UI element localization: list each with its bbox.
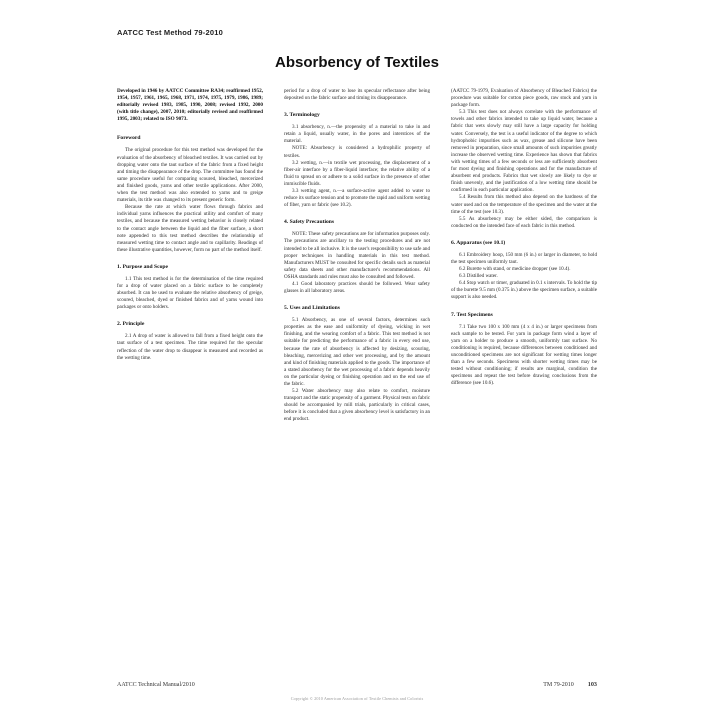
section-heading: 5. Uses and Limitations — [284, 305, 430, 312]
body-paragraph: NOTE: These safety precautions are for i… — [284, 231, 430, 281]
copyright-line: Copyright © 2010 American Association of… — [117, 696, 597, 701]
body-paragraph: 5.3 This test does not always correlate … — [451, 109, 597, 194]
section-heading: 2. Principle — [117, 321, 263, 328]
section-heading: 3. Terminology — [284, 112, 430, 119]
footer-page-number: 103 — [588, 681, 597, 688]
body-paragraph: period for a drop of water to lose its s… — [284, 88, 430, 102]
body-paragraph: 4.1 Good laboratory practices should be … — [284, 281, 430, 295]
body-paragraph: 5.1 Absorbency, as one of several factor… — [284, 317, 430, 388]
body-paragraph: 5.2 Water absorbency may also relate to … — [284, 388, 430, 423]
body-paragraph: (AATCC 79-1979, Evaluation of Absorbency… — [451, 88, 597, 109]
text-column-3: (AATCC 79-1979, Evaluation of Absorbency… — [451, 88, 597, 673]
body-paragraph: 5.4 Results from this method also depend… — [451, 194, 597, 215]
footer-manual-name: AATCC Technical Manual/2010 — [117, 682, 195, 688]
section-heading: 4. Safety Precautions — [284, 219, 430, 226]
body-paragraph: 5.5 As absorbency may be either sided, t… — [451, 216, 597, 230]
page-title: Absorbency of Textiles — [117, 54, 597, 71]
revision-history-paragraph: Developed in 1946 by AATCC Committee RA3… — [117, 88, 263, 123]
section-heading: 1. Purpose and Scope — [117, 264, 263, 271]
body-paragraph: 3.2 wetting, n.—in textile wet processin… — [284, 160, 430, 188]
body-paragraph: 6.2 Burette with stand, or medicine drop… — [451, 266, 597, 273]
body-paragraph: Because the rate at which water flows th… — [117, 204, 263, 254]
section-heading: 7. Test Specimens — [451, 312, 597, 319]
body-paragraph: NOTE: Absorbency is considered a hydroph… — [284, 145, 430, 159]
section-heading: 6. Apparatus (see 10.1) — [451, 240, 597, 247]
text-column-2: period for a drop of water to lose its s… — [284, 88, 430, 673]
body-paragraph: 6.3 Distilled water. — [451, 273, 597, 280]
text-column-1: Developed in 1946 by AATCC Committee RA3… — [117, 88, 263, 673]
body-paragraph: 7.1 Take two 100 x 100 mm (4 x 4 in.) or… — [451, 324, 597, 388]
body-paragraph: 3.3 wetting agent, n.—a surface-active a… — [284, 188, 430, 209]
body-paragraph: 3.1 absorbency, n.—the propensity of a m… — [284, 124, 430, 145]
body-paragraph: 1.1 This test method is for the determin… — [117, 276, 263, 311]
document-page: AATCC Test Method 79-2010 Absorbency of … — [0, 0, 722, 722]
body-paragraph: 6.4 Stop watch or timer, graduated in 0.… — [451, 280, 597, 301]
section-heading: Foreword — [117, 135, 263, 142]
body-paragraph: 6.1 Embroidery hoop, 150 mm (6 in.) or l… — [451, 252, 597, 266]
footer: AATCC Technical Manual/2010 TM 79-2010 1… — [117, 681, 597, 688]
doc-header: AATCC Test Method 79-2010 — [117, 28, 223, 37]
footer-method-number: TM 79-2010 — [543, 682, 574, 688]
body-paragraph: 2.1 A drop of water is allowed to fall f… — [117, 333, 263, 361]
text-columns: Developed in 1946 by AATCC Committee RA3… — [117, 88, 597, 673]
body-paragraph: The original procedure for this test met… — [117, 147, 263, 204]
